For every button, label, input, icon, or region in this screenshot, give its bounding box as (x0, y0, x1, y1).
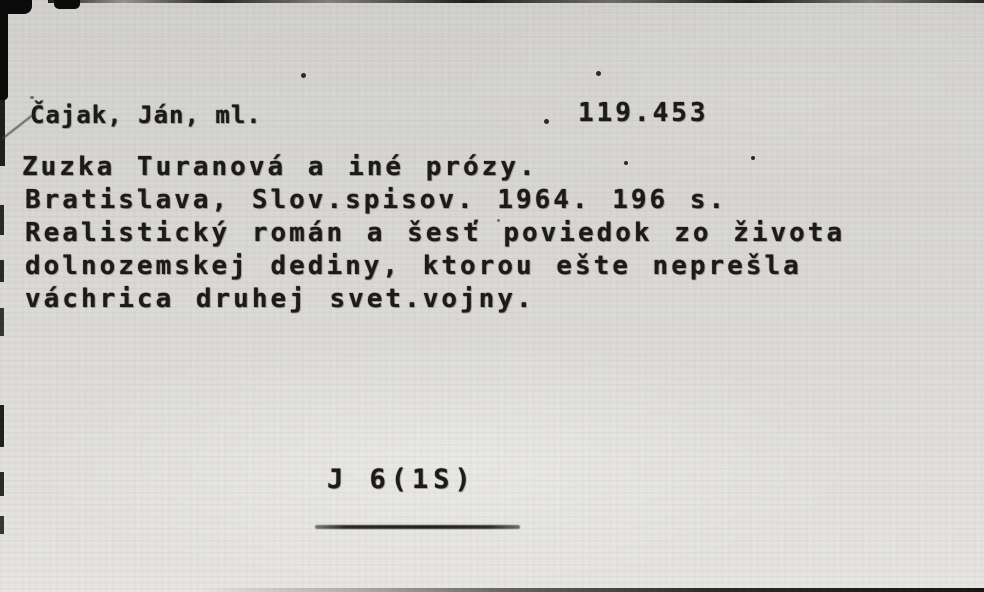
ink-speck-3 (544, 119, 549, 124)
annotation-line-1: Realistický román a šesť poviedok zo živ… (25, 220, 845, 246)
title-line: Zuzka Turanová a iné prózy. (22, 154, 538, 180)
pen-smudge (1, 115, 32, 140)
ink-speck-4 (624, 161, 628, 165)
author-heading: Čajak, Ján, ml. (30, 103, 262, 127)
scan-edge-left-mark-6 (0, 472, 4, 496)
scan-edge-left-mark-2 (0, 205, 4, 235)
catalog-number: 119.453 (578, 100, 709, 126)
scan-edge-top (48, 0, 984, 3)
scan-edge-left-mark-1 (0, 96, 5, 166)
ink-speck-5 (751, 156, 755, 160)
scan-edge-left-mark-7 (0, 516, 4, 534)
scan-edge-bottom (200, 588, 984, 592)
annotation-line-3: váchrica druhej svet.vojny. (25, 286, 535, 312)
scan-edge-left-mark-5 (0, 405, 4, 447)
catalog-card-scan: Čajak, Ján, ml. 119.453 Zuzka Turanová a… (0, 0, 984, 592)
imprint-line: Bratislava, Slov.spisov. 1964. 196 s. (25, 187, 727, 213)
call-number-underline (315, 525, 520, 529)
scan-edge-left-strip (0, 0, 8, 100)
ink-speck-1 (301, 73, 306, 78)
call-number: J 6(1S) (327, 466, 476, 493)
scan-edge-left-mark-3 (0, 260, 4, 282)
scan-edge-top-blob (54, 0, 80, 9)
scan-edge-left-mark-4 (0, 308, 4, 336)
annotation-line-2: dolnozemskej dediny, ktorou ešte neprešl… (25, 253, 802, 279)
ink-speck-6 (30, 96, 34, 99)
ink-speck-2 (596, 71, 601, 76)
